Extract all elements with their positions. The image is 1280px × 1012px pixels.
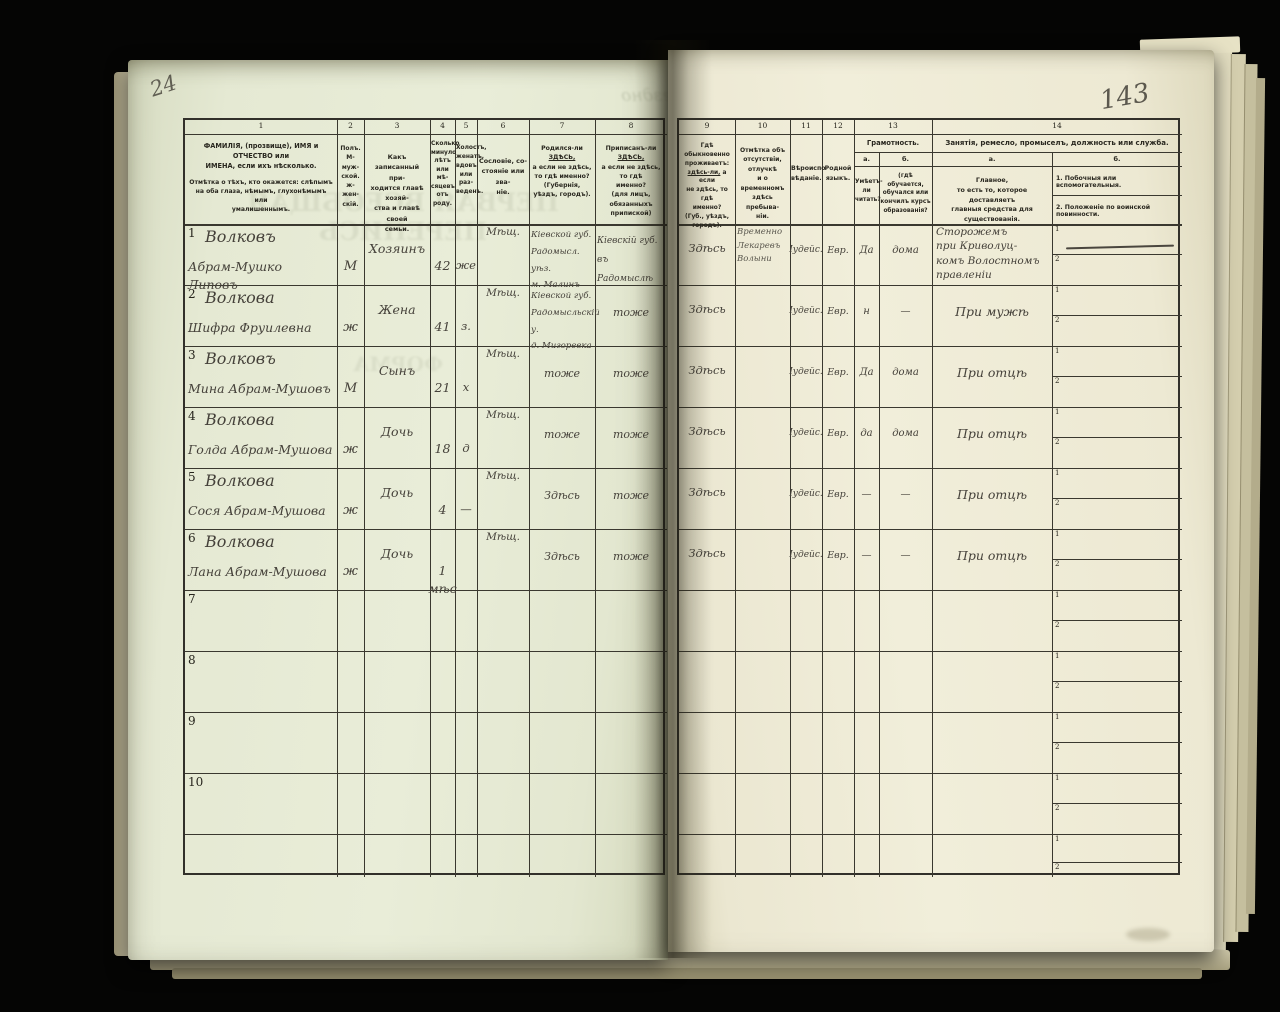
left-page-number: 24 xyxy=(147,70,180,101)
entry-name: Шифра Фруилевна xyxy=(188,319,334,337)
header-names-note: Отмѣтка о тѣхъ, кто окажется: слѣпымъ на… xyxy=(189,178,333,215)
entry-marital: — xyxy=(455,501,477,518)
header-occupation-main: Главное, то есть то, которое доставляетъ… xyxy=(936,176,1048,225)
grid-line xyxy=(1052,498,1182,499)
column-number: 7 xyxy=(529,121,595,130)
column-number: 2 xyxy=(337,121,364,130)
side-occupation-sub-number: 2 xyxy=(1055,743,1067,751)
entry-age: 4 xyxy=(428,501,457,519)
entry-literacy-where: дома xyxy=(879,427,932,442)
grid-line xyxy=(679,407,1182,408)
entry-registration: тоже xyxy=(595,488,667,504)
grid-line xyxy=(1052,620,1182,621)
grid-line xyxy=(185,134,667,135)
entry-literacy-where: — xyxy=(879,488,932,503)
side-occupation-sub-number: 2 xyxy=(1055,682,1067,690)
right-page: 143 91011121314Гдѣ обыкновенно проживает… xyxy=(668,50,1214,952)
entry-residence: Здѣсь xyxy=(679,362,735,379)
entry-occupation: При отцѣ xyxy=(932,364,1052,382)
entry-surname: Волкова xyxy=(205,286,333,309)
entry-language: Евр. xyxy=(820,366,856,380)
entry-registration: тоже xyxy=(595,427,667,443)
entry-registration: Кіевскій губ. въ Радомыслѣ xyxy=(597,232,667,289)
grid-line xyxy=(1052,742,1182,743)
grid-line xyxy=(679,651,1182,652)
header-occupation-military: 2. Положеніе по воинской повинности. xyxy=(1056,204,1178,218)
side-occupation-sub-number: 2 xyxy=(1055,560,1067,568)
header-text-underlined: ЗДѢСЬ, xyxy=(618,154,645,161)
entry-literacy-read: да xyxy=(852,427,881,442)
entry-literacy-where: дома xyxy=(879,244,932,259)
side-occupation-sub-number: 1 xyxy=(1055,286,1067,294)
entry-marital: х xyxy=(455,379,477,396)
side-occupation-sub-number: 1 xyxy=(1055,530,1067,538)
column-number: 10 xyxy=(735,121,790,130)
side-occupation-sub-number: 1 xyxy=(1055,835,1067,843)
entry-religion: Іудейс. xyxy=(788,549,824,562)
entry-estate: Мѣщ. xyxy=(477,408,529,423)
side-occupation-sub-number: 2 xyxy=(1055,621,1067,629)
header-religion: Вѣроиспо- вѣданіе. xyxy=(791,164,821,184)
column-number: 6 xyxy=(477,121,529,130)
entry-literacy-read: — xyxy=(852,549,881,564)
column-number: 3 xyxy=(364,121,430,130)
entry-estate: Мѣщ. xyxy=(477,530,529,545)
entry-birthplace: Кіевской губ. Радомысл. уѣз. м. Малинъ xyxy=(531,227,595,294)
header-residence: Гдѣ обыкновенно проживаетъ: здѣсь-ли, а … xyxy=(680,142,734,231)
entry-birthplace: Здѣсь xyxy=(529,549,595,565)
entry-name: Голда Абрам-Мушова xyxy=(188,441,334,459)
entry-marital: з. xyxy=(455,318,477,335)
entry-age: 41 xyxy=(428,318,457,336)
column-number: 14 xyxy=(932,121,1182,130)
census-table-left: 12345678ФАМИЛІЯ, (прозвище), ИМЯ и ОТЧЕС… xyxy=(183,118,665,875)
entry-side-occupation-stroke xyxy=(1066,245,1174,250)
side-occupation-sub-number: 2 xyxy=(1055,255,1067,263)
header-age: Сколько минуло лѣтъ или мѣ- сяцевъ отъ р… xyxy=(431,140,454,209)
row-number: 7 xyxy=(188,592,208,606)
entry-religion: Іудейс. xyxy=(788,366,824,379)
entry-surname: Волкова xyxy=(205,469,333,492)
header-text-part: Приписанъ-ли xyxy=(606,145,657,152)
entry-occupation: При мужѣ xyxy=(932,303,1052,321)
entry-literacy-read: — xyxy=(852,488,881,503)
entry-age: 42 xyxy=(428,257,457,275)
side-occupation-sub-number: 2 xyxy=(1055,863,1067,871)
entry-language: Евр. xyxy=(820,244,856,258)
entry-birthplace: Здѣсь xyxy=(529,488,595,504)
header-text-part: а если не здѣсь, то гдѣ именно? (для лиц… xyxy=(602,164,661,217)
entry-literacy-where: — xyxy=(879,305,932,320)
side-occupation-sub-number: 2 xyxy=(1055,316,1067,324)
page-stack-edge-bottom-2 xyxy=(172,968,1202,979)
entry-residence: Здѣсь xyxy=(679,423,735,440)
grid-line xyxy=(1052,254,1182,255)
header-absence: Отмѣтка объ отсутствіи, отлучкѣ и о врем… xyxy=(736,146,789,222)
grid-line xyxy=(679,134,1182,135)
grid-line xyxy=(185,590,667,591)
entry-name: Мина Абрам-Мушовъ xyxy=(188,380,334,398)
entry-language: Евр. xyxy=(820,488,856,502)
book-spread-photo: 24 ПЕРВАЯ ВСЕОБЩАЯ ПЕРЕПИСЬ Безвозмездно… xyxy=(0,0,1280,1012)
entry-religion: Іудейс. xyxy=(788,488,824,501)
grid-line xyxy=(185,651,667,652)
grid-line xyxy=(1052,315,1182,316)
header-text-underlined: ЗДѢСЬ, xyxy=(549,154,576,161)
grid-line xyxy=(679,529,1182,530)
side-occupation-sub-number: 1 xyxy=(1055,591,1067,599)
entry-sex: ж xyxy=(337,319,364,338)
grid-line xyxy=(1052,862,1182,863)
entry-residence: Здѣсь xyxy=(679,240,735,257)
entry-age: 1 мѣс xyxy=(428,562,457,598)
header-sex: Полъ. М-муж- ской. ж-жен- скій. xyxy=(338,144,363,209)
entry-estate: Мѣщ. xyxy=(477,469,529,484)
header-text-underlined: здѣсь-ли, xyxy=(688,170,721,176)
column-number: 13 xyxy=(854,121,932,130)
side-occupation-sub-number: 1 xyxy=(1055,713,1067,721)
header-occupation-b-letter: б. xyxy=(1052,155,1182,163)
row-number: 9 xyxy=(188,714,208,728)
grid-line xyxy=(1052,803,1182,804)
entry-absence: Временно Лекаревъ Волыни xyxy=(737,226,789,267)
entry-language: Евр. xyxy=(820,549,856,563)
side-occupation-sub-number: 2 xyxy=(1055,804,1067,812)
entry-occupation: При отцѣ xyxy=(932,547,1052,565)
side-occupation-sub-number: 1 xyxy=(1055,652,1067,660)
entry-literacy-where: дома xyxy=(879,366,932,381)
entry-sex: М xyxy=(337,258,364,277)
entry-estate: Мѣщ. xyxy=(477,225,529,240)
entry-occupation: При отцѣ xyxy=(932,425,1052,443)
side-occupation-sub-number: 1 xyxy=(1055,225,1067,233)
entry-sex: М xyxy=(337,380,364,399)
entry-birthplace: Кіевской губ. Радомысльскій у. д. Мигоре… xyxy=(531,288,595,355)
entry-literacy-where: — xyxy=(879,549,932,564)
row-number: 8 xyxy=(188,653,208,667)
entry-literacy-read: Да xyxy=(852,366,881,381)
entry-residence: Здѣсь xyxy=(679,484,735,501)
header-marital: Холостъ, женатъ, вдовъ или раз- веденъ. xyxy=(456,144,476,197)
header-names-title: ФАМИЛІЯ, (прозвище), ИМЯ и ОТЧЕСТВО или … xyxy=(189,142,333,172)
paper-stain xyxy=(1126,928,1170,941)
grid-line xyxy=(1052,195,1182,196)
entry-occupation: Сторожемъ при Криволуц- комъ Волостномъ … xyxy=(936,225,1048,283)
header-literacy-where: (гдѣ обучается, обучался или кончилъ кур… xyxy=(880,172,931,215)
side-occupation-sub-number: 2 xyxy=(1055,499,1067,507)
entry-relation: Дочь xyxy=(364,484,430,502)
entry-sex: ж xyxy=(337,502,364,521)
header-language: Родной языкъ. xyxy=(823,164,853,184)
header-text-part: а если не здѣсь, то гдѣ именно? (Губерні… xyxy=(533,164,592,199)
grid-line xyxy=(679,712,1182,713)
entry-registration: тоже xyxy=(595,305,667,321)
entry-estate: Мѣщ. xyxy=(477,286,529,301)
column-number: 5 xyxy=(455,121,477,130)
grid-line xyxy=(455,120,456,877)
row-number: 10 xyxy=(188,775,208,789)
grid-line xyxy=(679,834,1182,835)
entry-surname: Волкова xyxy=(205,530,333,553)
entry-birthplace: тоже xyxy=(529,366,595,382)
entry-relation: Хозяинъ xyxy=(364,240,430,258)
grid-line xyxy=(679,285,1182,286)
side-occupation-sub-number: 1 xyxy=(1055,774,1067,782)
grid-line xyxy=(679,773,1182,774)
entry-sex: ж xyxy=(337,563,364,582)
entry-birthplace: тоже xyxy=(529,427,595,443)
entry-occupation: При отцѣ xyxy=(932,486,1052,504)
entry-age: 18 xyxy=(428,440,457,458)
grid-line xyxy=(679,590,1182,591)
column-number: 11 xyxy=(790,121,822,130)
header-literacy-b-letter: б. xyxy=(879,155,932,163)
entry-residence: Здѣсь xyxy=(679,301,735,318)
grid-line xyxy=(185,834,667,835)
header-text-part: а если не здѣсь, то гдѣ именно? (Губ., у… xyxy=(685,170,729,229)
entry-literacy-read: Да xyxy=(852,244,881,259)
entry-marital: же xyxy=(455,257,477,274)
column-number: 12 xyxy=(822,121,854,130)
header-text-part: Родился-ли xyxy=(541,145,583,152)
side-occupation-sub-number: 2 xyxy=(1055,438,1067,446)
entry-relation: Сынъ xyxy=(364,362,430,380)
entry-religion: Іудейс. xyxy=(788,305,824,318)
header-occupation-group: Занятія, ремесло, промыселъ, должность и… xyxy=(932,139,1182,147)
entry-age: 21 xyxy=(428,379,457,397)
header-birthplace: Родился-ли ЗДѢСЬ, а если не здѣсь, то гд… xyxy=(531,144,593,200)
side-occupation-sub-number: 2 xyxy=(1055,377,1067,385)
entry-surname: Волкова xyxy=(205,408,333,431)
grid-line xyxy=(1052,559,1182,560)
entry-marital: д xyxy=(455,440,477,457)
column-number: 9 xyxy=(679,121,735,130)
grid-line xyxy=(854,152,1182,153)
entry-literacy-read: н xyxy=(852,305,881,320)
entry-relation: Дочь xyxy=(364,545,430,563)
header-occupation-side: 1. Побочныя или вспомогательныя. xyxy=(1056,175,1178,189)
entry-language: Евр. xyxy=(820,427,856,441)
entry-residence: Здѣсь xyxy=(679,545,735,562)
entry-religion: Іудейс. xyxy=(788,244,824,257)
header-registration: Приписанъ-ли ЗДѢСЬ, а если не здѣсь, то … xyxy=(597,144,665,218)
entry-language: Евр. xyxy=(820,305,856,319)
entry-estate: Мѣщ. xyxy=(477,347,529,362)
side-occupation-sub-number: 1 xyxy=(1055,408,1067,416)
left-page: 24 ПЕРВАЯ ВСЕОБЩАЯ ПЕРЕПИСЬ Безвозмездно… xyxy=(128,60,668,960)
column-number: 4 xyxy=(430,121,455,130)
grid-line xyxy=(185,773,667,774)
grid-line xyxy=(1052,681,1182,682)
side-occupation-sub-number: 1 xyxy=(1055,347,1067,355)
grid-line xyxy=(1052,376,1182,377)
entry-sex: ж xyxy=(337,441,364,460)
entry-name: Лана Абрам-Мушова xyxy=(188,563,334,581)
entry-registration: тоже xyxy=(595,549,667,565)
grid-line xyxy=(679,346,1182,347)
column-number: 8 xyxy=(595,121,667,130)
entry-religion: Іудейс. xyxy=(788,427,824,440)
header-occupation-a-letter: а. xyxy=(932,155,1052,163)
entry-relation: Дочь xyxy=(364,423,430,441)
grid-line xyxy=(1052,152,1053,877)
entry-relation: Жена xyxy=(364,301,430,319)
grid-line xyxy=(854,166,1182,167)
header-literacy-read: Умѣетъ- ли читать? xyxy=(855,178,878,205)
header-literacy-a-letter: а. xyxy=(854,155,879,163)
entry-surname: Волковъ xyxy=(205,225,333,248)
entry-registration: тоже xyxy=(595,366,667,382)
grid-line xyxy=(185,712,667,713)
right-page-number: 143 xyxy=(1098,78,1152,116)
side-occupation-sub-number: 1 xyxy=(1055,469,1067,477)
header-relation: Какъ записанный при- ходится главѣ хозяй… xyxy=(366,152,428,234)
header-literacy-group: Грамотность. xyxy=(854,139,932,147)
grid-line xyxy=(430,120,431,877)
header-estate: Сословіе, со- стояніе или зва- ніе. xyxy=(479,156,527,197)
grid-line xyxy=(735,120,736,877)
grid-line xyxy=(337,120,338,877)
grid-line xyxy=(1052,437,1182,438)
column-number: 1 xyxy=(185,121,337,130)
entry-surname: Волковъ xyxy=(205,347,333,370)
grid-line xyxy=(879,152,880,877)
header-text-part: Гдѣ обыкновенно проживаетъ: xyxy=(684,143,730,167)
census-table-right: 91011121314Гдѣ обыкновенно проживаетъ: з… xyxy=(677,118,1180,875)
entry-name: Сося Абрам-Мушова xyxy=(188,502,334,520)
grid-line xyxy=(679,468,1182,469)
